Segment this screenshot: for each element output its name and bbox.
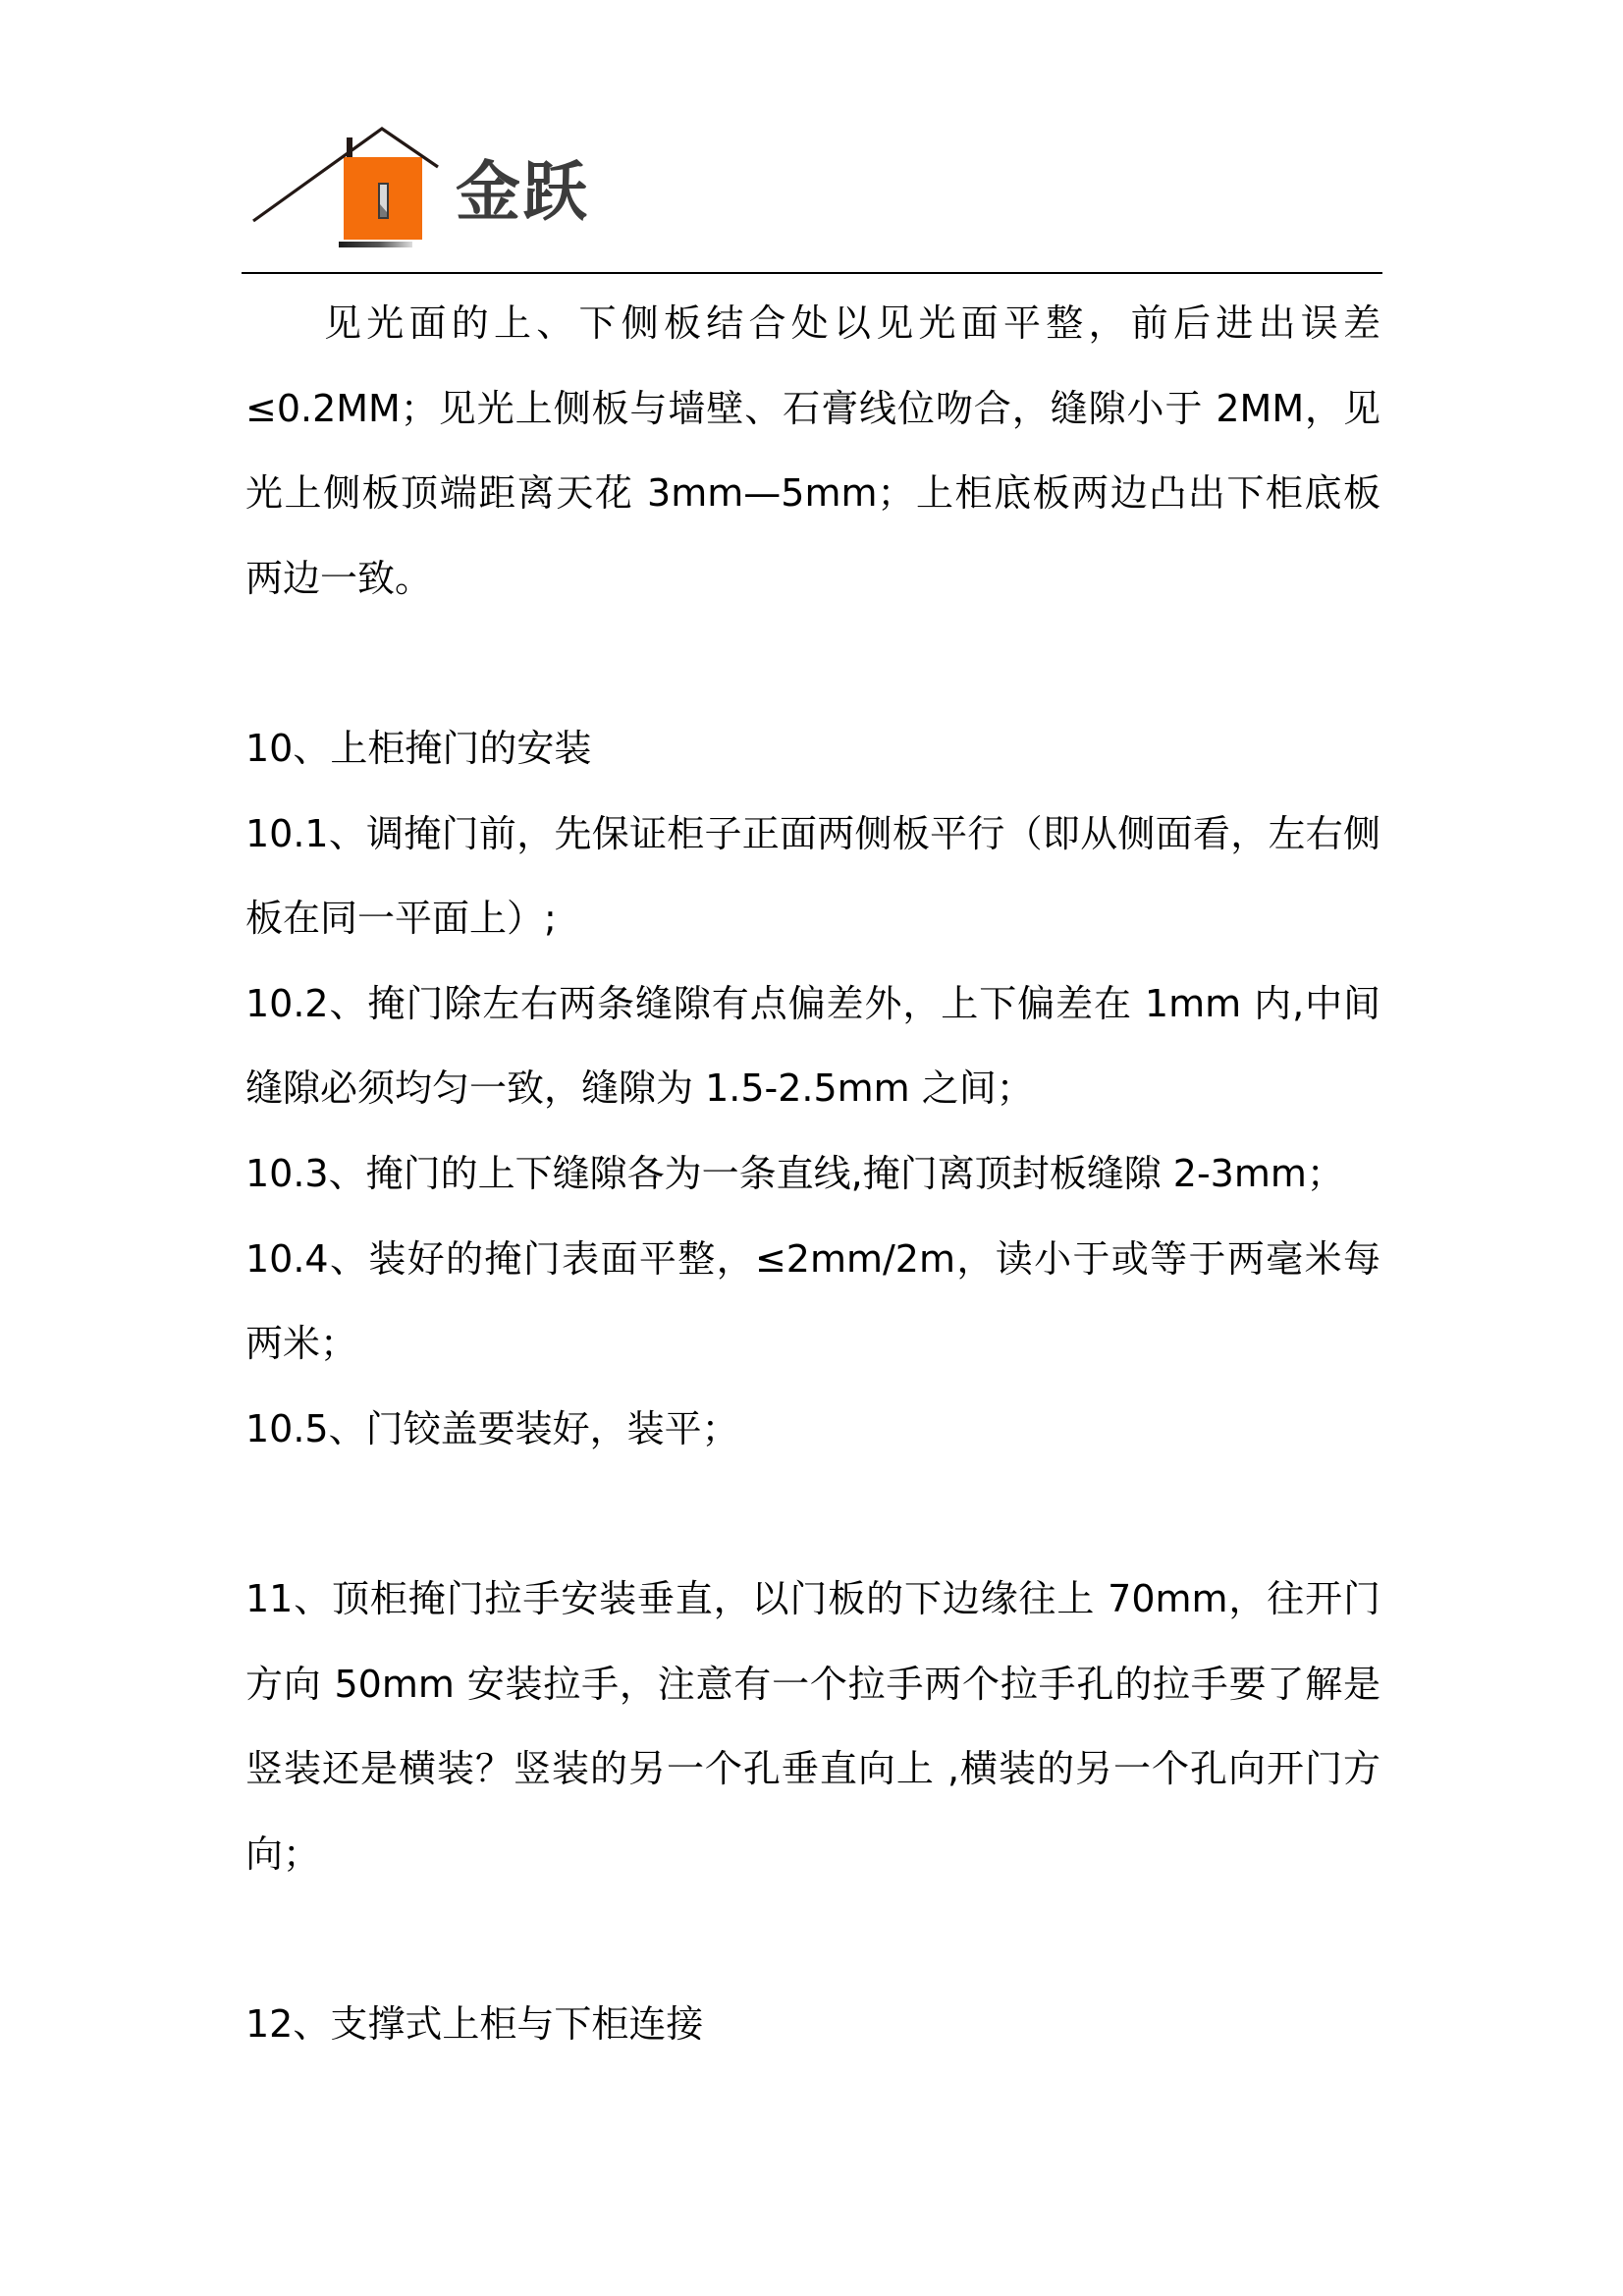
company-logo: 金跃 (242, 118, 615, 260)
section-10-item-2: 10.2、掩门除左右两条缝隙有点偏差外，上下偏差在 1mm 内,中间缝隙必须均匀… (245, 961, 1380, 1131)
logo-text: 金跃 (456, 155, 589, 230)
section-10-title: 10、上柜掩门的安装 (245, 706, 1380, 792)
section-12-title: 12、支撑式上柜与下柜连接 (245, 1982, 1380, 2067)
section-10-item-5: 10.5、门铰盖要装好，装平； (245, 1387, 1380, 1472)
paragraph-spacer (245, 1471, 1380, 1557)
paragraph-spacer (245, 621, 1380, 706)
section-10-item-4: 10.4、装好的掩门表面平整，≤2mm/2m，读小于或等于两毫米每两米； (245, 1217, 1380, 1387)
document-body: 见光面的上、下侧板结合处以见光面平整，前后进出误差≤0.2MM；见光上侧板与墙壁… (245, 281, 1380, 2066)
intro-paragraph: 见光面的上、下侧板结合处以见光面平整，前后进出误差≤0.2MM；见光上侧板与墙壁… (245, 281, 1380, 621)
page-header: 金跃 (242, 118, 1382, 275)
header-divider (242, 272, 1382, 274)
paragraph-spacer (245, 1896, 1380, 1982)
house-logo-icon (242, 118, 448, 260)
section-11-paragraph: 11、顶柜掩门拉手安装垂直，以门板的下边缘往上 70mm，往开门方向 50mm … (245, 1557, 1380, 1896)
section-10-item-1: 10.1、调掩门前，先保证柜子正面两侧板平行（即从侧面看，左右侧板在同一平面上）… (245, 792, 1380, 961)
section-10-item-3: 10.3、掩门的上下缝隙各为一条直线,掩门离顶封板缝隙 2-3mm； (245, 1131, 1380, 1217)
